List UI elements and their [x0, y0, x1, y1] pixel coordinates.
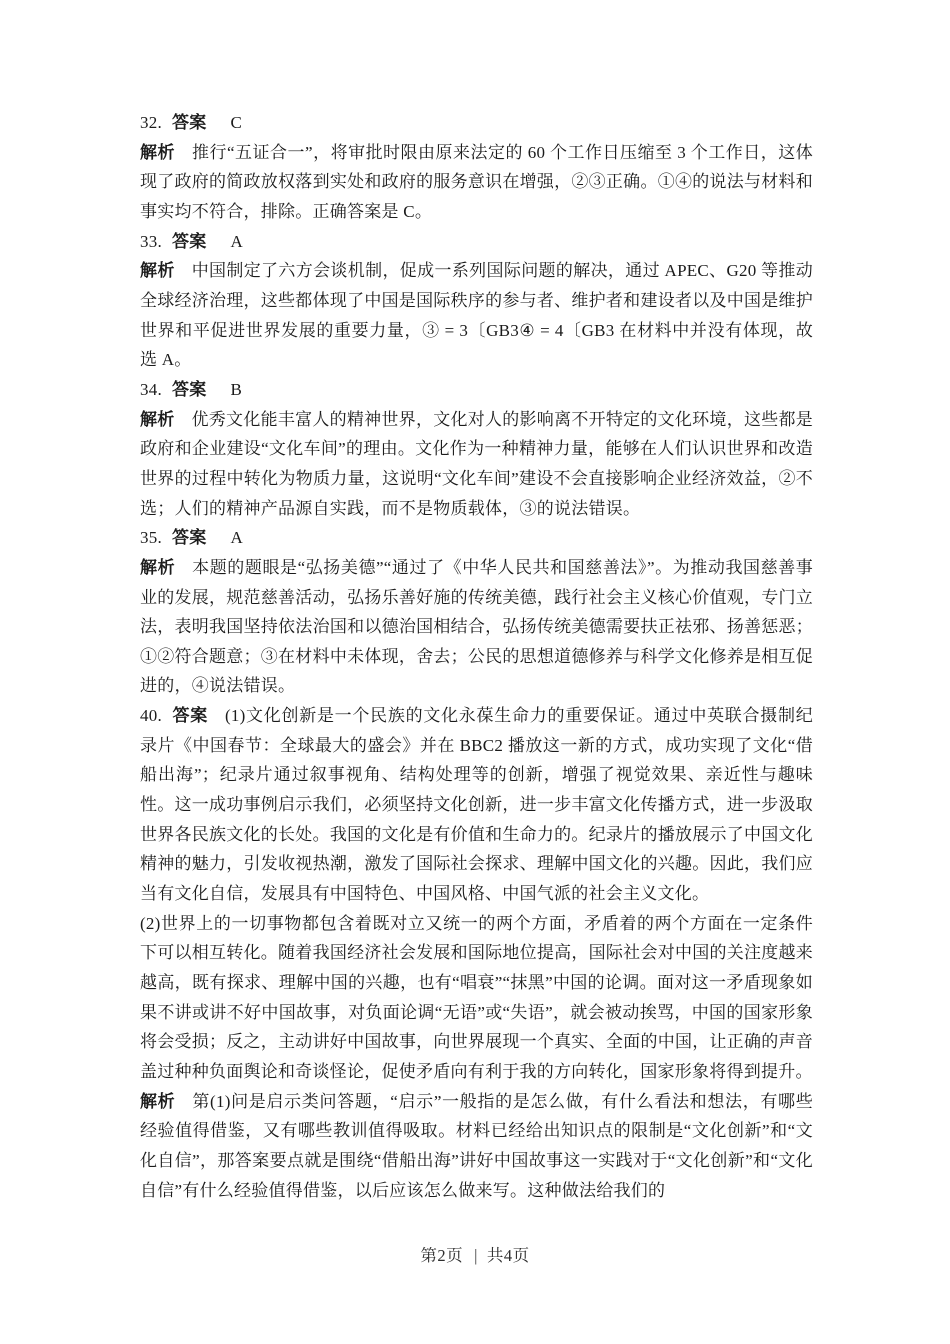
question-number: 34. [140, 380, 162, 399]
question-number: 40. [140, 706, 162, 725]
analysis-paragraph: 解析优秀文化能丰富人的精神世界，文化对人的影响离不开特定的文化环境，这些都是政府… [140, 405, 813, 524]
analysis-text: 本题的题眼是“弘扬美德”“通过了《中华人民共和国慈善法》”。为推动我国慈善事业的… [140, 558, 813, 696]
answer-letter: C [231, 113, 243, 132]
analysis-text: 第(1)问是启示类问答题，“启示”一般指的是怎么做，有什么看法和想法，有哪些经验… [140, 1092, 813, 1200]
answer-item-32: 32.答案C 解析推行“五证合一”，将审批时限由原来法定的 60 个工作日压缩至… [140, 108, 813, 227]
answer-label: 答案 [172, 706, 208, 725]
footer-separator: | [474, 1246, 478, 1265]
analysis-label: 解析 [140, 143, 175, 162]
analysis-label: 解析 [140, 410, 175, 429]
answer-part-2-text: (2)世界上的一切事物都包含着既对立又统一的两个方面，矛盾着的两个方面在一定条件… [140, 914, 813, 1081]
analysis-label: 解析 [140, 558, 175, 577]
analysis-paragraph: 解析本题的题眼是“弘扬美德”“通过了《中华人民共和国慈善法》”。为推动我国慈善事… [140, 553, 813, 701]
answer-item-40: 40.答案(1)文化创新是一个民族的文化永葆生命力的重要保证。通过中英联合摄制纪… [140, 701, 813, 1205]
answer-line: 34.答案B [140, 375, 813, 405]
answer-letter: A [231, 528, 244, 547]
question-number: 35. [140, 528, 162, 547]
analysis-label: 解析 [140, 261, 175, 280]
question-number: 32. [140, 113, 162, 132]
page-number-label: 第2页 [420, 1246, 463, 1265]
answer-label: 答案 [172, 528, 207, 547]
exam-answer-page: 32.答案C 解析推行“五证合一”，将审批时限由原来法定的 60 个工作日压缩至… [0, 0, 950, 1344]
question-number: 33. [140, 232, 162, 251]
answer-part-1-text: (1)文化创新是一个民族的文化永葆生命力的重要保证。通过中英联合摄制纪录片《中国… [140, 706, 813, 903]
analysis-label: 解析 [140, 1092, 175, 1111]
analysis-paragraph: 解析中国制定了六方会谈机制，促成一系列国际问题的解决，通过 APEC、G20 等… [140, 256, 813, 375]
analysis-text: 优秀文化能丰富人的精神世界，文化对人的影响离不开特定的文化环境，这些都是政府和企… [140, 410, 813, 518]
answer-label: 答案 [172, 232, 207, 251]
answer-item-34: 34.答案B 解析优秀文化能丰富人的精神世界，文化对人的影响离不开特定的文化环境… [140, 375, 813, 523]
analysis-paragraph: 解析第(1)问是启示类问答题，“启示”一般指的是怎么做，有什么看法和想法，有哪些… [140, 1087, 813, 1206]
answer-line: 32.答案C [140, 108, 813, 138]
page-footer: 第2页|共4页 [0, 1242, 950, 1266]
answer-label: 答案 [172, 113, 207, 132]
answer-item-33: 33.答案A 解析中国制定了六方会谈机制，促成一系列国际问题的解决，通过 APE… [140, 227, 813, 375]
answer-line: 33.答案A [140, 227, 813, 257]
analysis-text: 推行“五证合一”，将审批时限由原来法定的 60 个工作日压缩至 3 个工作日，这… [140, 143, 813, 221]
answer-letter: A [231, 232, 244, 251]
answers-content: 32.答案C 解析推行“五证合一”，将审批时限由原来法定的 60 个工作日压缩至… [140, 108, 813, 1205]
page-total-label: 共4页 [487, 1246, 530, 1265]
analysis-text: 中国制定了六方会谈机制，促成一系列国际问题的解决，通过 APEC、G20 等推动… [140, 261, 813, 369]
answer-label: 答案 [172, 380, 207, 399]
answer-letter: B [231, 380, 243, 399]
answer-line: 35.答案A [140, 523, 813, 553]
answer-paragraph-2: (2)世界上的一切事物都包含着既对立又统一的两个方面，矛盾着的两个方面在一定条件… [140, 909, 813, 1087]
answer-item-35: 35.答案A 解析本题的题眼是“弘扬美德”“通过了《中华人民共和国慈善法》”。为… [140, 523, 813, 701]
answer-paragraph-1: 40.答案(1)文化创新是一个民族的文化永葆生命力的重要保证。通过中英联合摄制纪… [140, 701, 813, 909]
analysis-paragraph: 解析推行“五证合一”，将审批时限由原来法定的 60 个工作日压缩至 3 个工作日… [140, 138, 813, 227]
